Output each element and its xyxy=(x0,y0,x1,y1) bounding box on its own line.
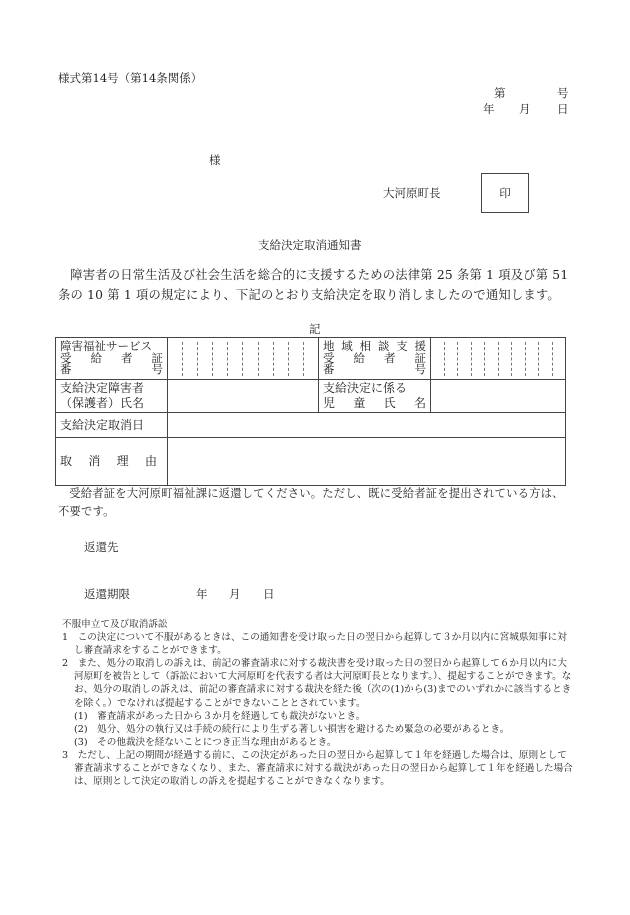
cancel-reason-field[interactable] xyxy=(168,438,566,486)
appeal-item-2: 2 また、処分の取消しの訴えは、前記の審査請求に対する裁決書を受け取った日の翌日… xyxy=(62,657,574,709)
label-cancel-reason: 取消理由 xyxy=(56,438,168,486)
return-deadline-day: 日 xyxy=(263,586,275,602)
seal-label: 印 xyxy=(499,185,511,201)
return-to-label: 返還先 xyxy=(84,539,119,555)
issuer-name: 大河原町長 xyxy=(383,185,441,201)
row-cancel-reason: 取消理由 xyxy=(56,438,566,486)
appeal-notes: 不服申立て及び取消訴訟 1 この決定について不服があるときは、この通知書を受け取… xyxy=(62,618,574,788)
date-year: 年 xyxy=(483,101,495,117)
cancellation-table: 障害福祉サービス 受給者証 番号 地域相談支援 受給者証 番号 支給決定障害者 … xyxy=(55,337,566,486)
appeal-sub-item-3: (3) その他裁決を経ないことにつき正当な理由があるとき。 xyxy=(62,736,574,749)
doc-no-suffix: 号 xyxy=(557,85,569,101)
label-child-name: 支給決定に係る 児童氏名 xyxy=(319,380,431,413)
return-deadline-month: 月 xyxy=(229,586,241,602)
label-consult-cert-number: 地域相談支援 受給者証 番号 xyxy=(319,338,431,380)
seal-box: 印 xyxy=(481,173,529,213)
row-names: 支給決定障害者 （保護者）氏名 支給決定に係る 児童氏名 xyxy=(56,380,566,413)
appeal-item-1: 1 この決定について不服があるときは、この通知書を受け取った日の翌日から起算して… xyxy=(62,631,574,657)
row-certificate-numbers: 障害福祉サービス 受給者証 番号 地域相談支援 受給者証 番号 xyxy=(56,338,566,380)
appeal-item-3: 3 ただし、上記の期間が経過する前に、この決定があった日の翌日から起算して１年を… xyxy=(62,749,574,788)
welfare-cert-number-field[interactable] xyxy=(168,338,319,380)
intro-paragraph: 障害者の日常生活及び社会生活を総合的に支援するための法律第 25 条第 1 項及… xyxy=(58,265,573,305)
date-day: 日 xyxy=(557,101,569,117)
label-welfare-cert-number: 障害福祉サービス 受給者証 番号 xyxy=(56,338,168,380)
return-deadline-label: 返還期限 xyxy=(84,586,130,602)
date-month: 月 xyxy=(519,101,531,117)
row-cancel-date: 支給決定取消日 xyxy=(56,413,566,438)
appeal-sub-item-2: (2) 処分、処分の執行又は手続の続行により生ずる著しい損害を避けるため緊急の必… xyxy=(62,723,574,736)
appeal-sub-item-1: (1) 審査請求があった日から３か月を経過しても裁決がないとき。 xyxy=(62,710,574,723)
label-recipient-name: 支給決定障害者 （保護者）氏名 xyxy=(56,380,168,413)
form-number: 様式第14号（第14条関係） xyxy=(58,70,202,86)
addressee-honorific: 様 xyxy=(209,152,221,168)
ki-label: 記 xyxy=(309,321,321,337)
doc-no-prefix: 第 xyxy=(494,85,506,101)
child-name-field[interactable] xyxy=(431,380,566,413)
return-notice: 受給者証を大河原町福祉課に返還してください。ただし、既に受給者証を提出されている… xyxy=(58,485,573,521)
label-cancel-date: 支給決定取消日 xyxy=(56,413,168,438)
return-deadline-year: 年 xyxy=(196,586,208,602)
recipient-name-field[interactable] xyxy=(168,380,319,413)
cancel-date-field[interactable] xyxy=(168,413,566,438)
appeal-heading: 不服申立て及び取消訴訟 xyxy=(62,618,574,631)
document-title: 支給決定取消通知書 xyxy=(258,237,362,253)
consult-cert-number-field[interactable] xyxy=(431,338,566,380)
